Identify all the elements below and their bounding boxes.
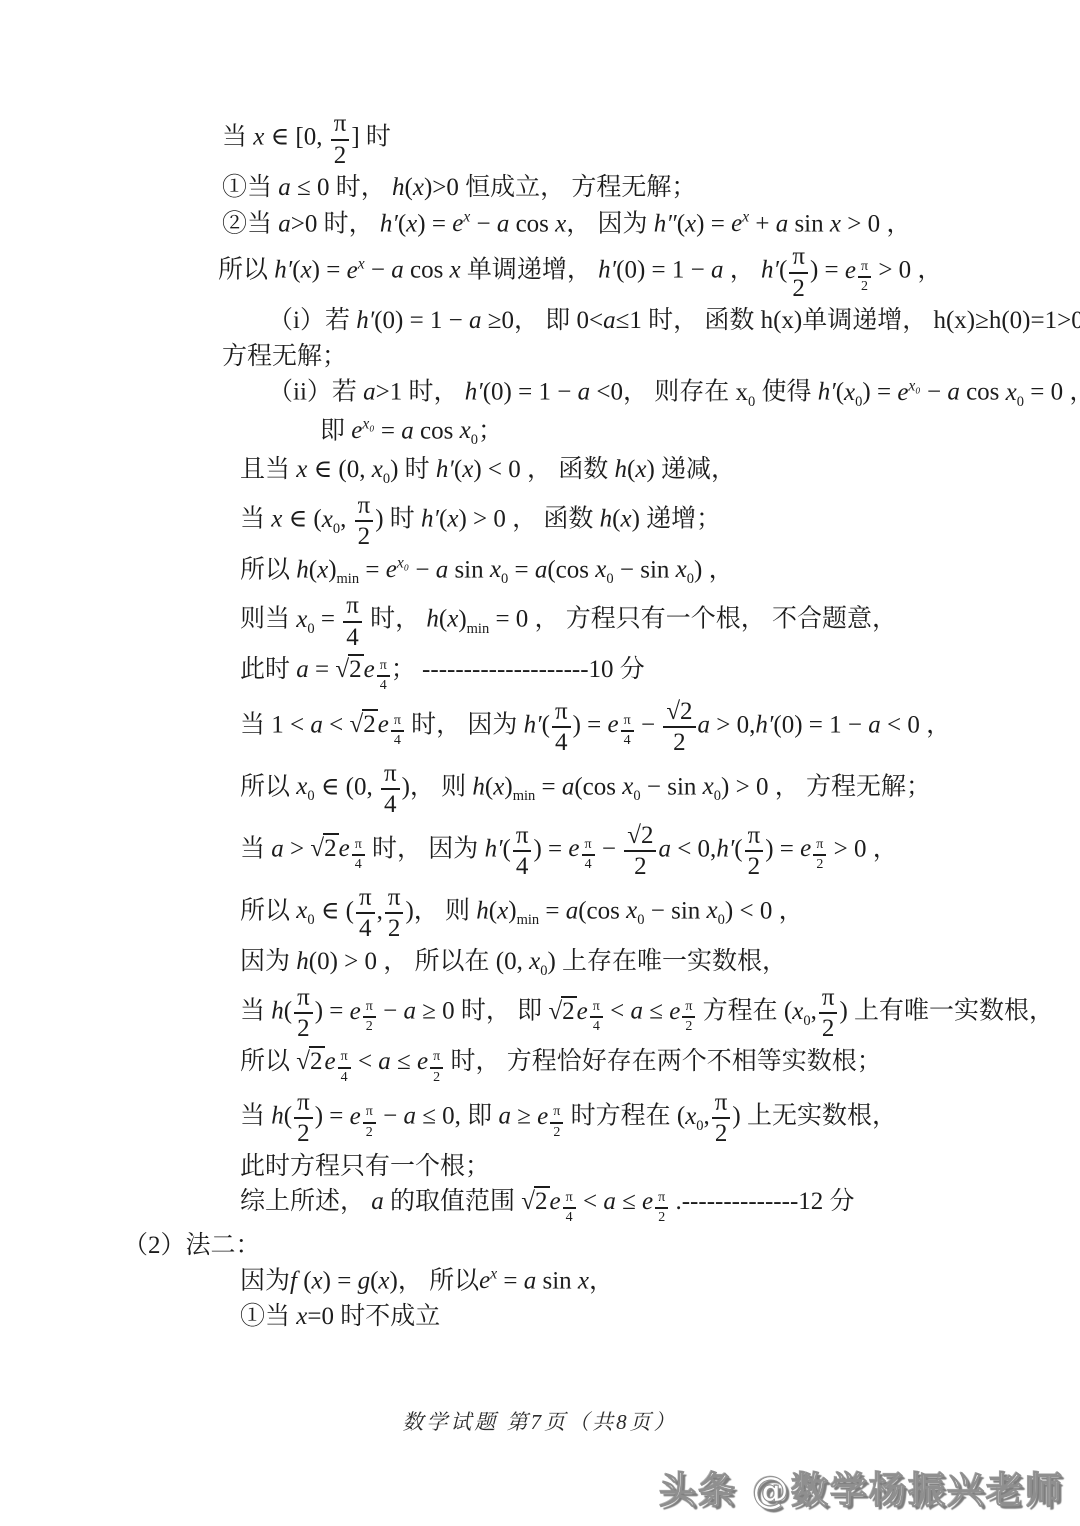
math-line: 且当 x ∈ (0, x0) 时 h′(x) < 0 ， 函数 h(x) 递减， (0, 454, 1080, 488)
math-line: 当 h(π2) = eπ2 − a ≥ 0 时， 即 √2eπ4 < a ≤ e… (0, 984, 1080, 1042)
math-line: ①当 a ≤ 0 时， h(x)>0 恒成立， 方程无解； (0, 172, 1080, 204)
math-line: （2）法二： (0, 1230, 1080, 1262)
math-line: 当 x ∈ [0, π2] 时 (0, 110, 1080, 168)
math-line: 此时方程只有一个根； (0, 1151, 1080, 1183)
math-line: ②当 a>0 时， h′(x) = ex − a cos x， 因为 h″(x)… (0, 208, 1080, 240)
math-line: 方程无解； (0, 341, 1080, 373)
math-line: 当 x ∈ (x0, π2) 时 h′(x) > 0 ， 函数 h(x) 递增； (0, 492, 1080, 550)
watermark: 头条 @数学杨振兴老师 (659, 1460, 1064, 1514)
math-line: 因为f (x) = g(x)， 所以ex = a sin x， (0, 1265, 1080, 1297)
math-line: 所以 x0 ∈ (π4,π2)， 则 h(x)min = a(cos x0 − … (0, 884, 1080, 942)
math-line: 即 ex₀ = a cos x0； (0, 415, 1080, 450)
math-line: 当 h(π2) = eπ2 − a ≤ 0, 即 a ≥ eπ2 时方程在 (x… (0, 1089, 1080, 1147)
math-line: 当 a > √2eπ4 时， 因为 h′(π4) = eπ4 − √22a < … (0, 822, 1080, 880)
math-line: ①当 x=0 时不成立 (0, 1301, 1080, 1333)
math-line: 综上所述， a 的取值范围 √2eπ4 < a ≤ eπ2 .---------… (0, 1186, 1080, 1225)
math-line: 因为 h(0) > 0 ， 所以在 (0, x0) 上存在唯一实数根， (0, 946, 1080, 980)
math-line: 此时 a = √2eπ4； --------------------10 分 (0, 654, 1080, 693)
math-line: （ii）若 a>1 时， h′(0) = 1 − a <0， 则存在 x0 使得… (0, 376, 1080, 411)
math-line: 当 1 < a < √2eπ4 时， 因为 h′(π4) = eπ4 − √22… (0, 698, 1080, 756)
page-footer: 数学试题 第7页（共8页） (0, 1406, 1080, 1436)
math-line: 则当 x0 = π4 时， h(x)min = 0 ， 方程只有一个根， 不合题… (0, 592, 1080, 650)
math-line: 所以 h(x)min = ex₀ − a sin x0 = a(cos x0 −… (0, 554, 1080, 589)
solution-body: 当 x ∈ [0, π2] 时①当 a ≤ 0 时， h(x)>0 恒成立， 方… (0, 110, 1080, 1336)
math-line: 所以 h′(x) = ex − a cos x 单调递增， h′(0) = 1 … (0, 243, 1080, 301)
math-line: 所以 √2eπ4 < a ≤ eπ2 时， 方程恰好存在两个不相等实数根； (0, 1046, 1080, 1085)
document-page: 当 x ∈ [0, π2] 时①当 a ≤ 0 时， h(x)>0 恒成立， 方… (0, 0, 1080, 1526)
math-line: 所以 x0 ∈ (0, π4)， 则 h(x)min = a(cos x0 − … (0, 760, 1080, 818)
math-line: （i）若 h′(0) = 1 − a ≥0， 即 0<a≤1 时， 函数 h(x… (0, 305, 1080, 337)
